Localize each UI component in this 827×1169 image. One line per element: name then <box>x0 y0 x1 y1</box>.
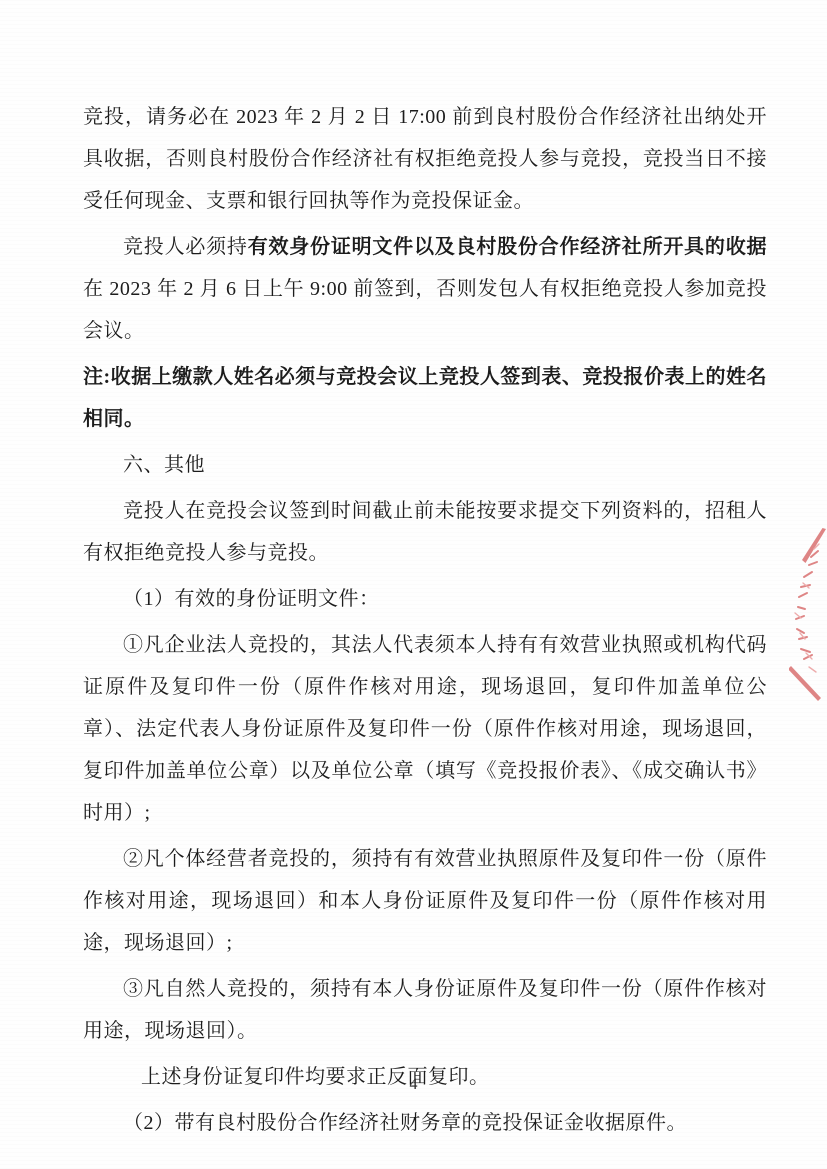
document-page: 竞投，请务必在 2023 年 2 月 2 日 17:00 前到良村股份合作经济社… <box>0 0 827 1169</box>
item-1-valid-id-heading: （1）有效的身份证明文件： <box>83 578 767 620</box>
para-deposit-receipt-deadline: 竞投，请务必在 2023 年 2 月 2 日 17:00 前到良村股份合作经济社… <box>83 96 767 222</box>
red-seal-stamp-partial <box>789 527 827 712</box>
item-1-sub-1-enterprise-bidder: ①凡企业法人竞投的，其法人代表须本人持有有效营业执照或机构代码证原件及复印件一份… <box>83 624 767 834</box>
red-seal-icon <box>789 527 827 712</box>
page-number: 4 <box>0 1076 827 1094</box>
para-checkin-requirement: 竞投人必须持有效身份证明文件以及良村股份合作经济社所开具的收据在 2023 年 … <box>83 226 767 352</box>
item-1-sub-2-individual-business-bidder: ②凡个体经营者竞投的，须持有有效营业执照原件及复印件一份（原件作核对用途，现场退… <box>83 838 767 964</box>
para-materials-submission-rule: 竞投人在竞投会议签到时间截止前未能按要求提交下列资料的，招租人有权拒绝竞投人参与… <box>83 490 767 574</box>
heading-section-six-others: 六、其他 <box>83 444 767 486</box>
item-1-sub-3-natural-person-bidder: ③凡自然人竞投的，须持有本人身份证原件及复印件一份（原件作核对用途，现场退回）。 <box>83 968 767 1052</box>
text-segment-tail: 在 2023 年 2 月 6 日上午 9:00 前签到，否则发包人有权拒绝竞投人… <box>83 278 767 342</box>
document-body: 竞投，请务必在 2023 年 2 月 2 日 17:00 前到良村股份合作经济社… <box>83 96 767 1148</box>
text-segment-lead: 竞投人必须持 <box>123 236 248 258</box>
item-2-deposit-receipt-original: （2）带有良村股份合作经济社财务章的竞投保证金收据原件。 <box>83 1102 767 1144</box>
text-segment-bold-id-documents: 有效身份证明文件以及良村股份合作经济社所开具的收据 <box>248 236 767 258</box>
note-payer-name-match: 注:收据上缴款人姓名必须与竞投会议上竞投人签到表、竞投报价表上的姓名相同。 <box>83 356 767 440</box>
